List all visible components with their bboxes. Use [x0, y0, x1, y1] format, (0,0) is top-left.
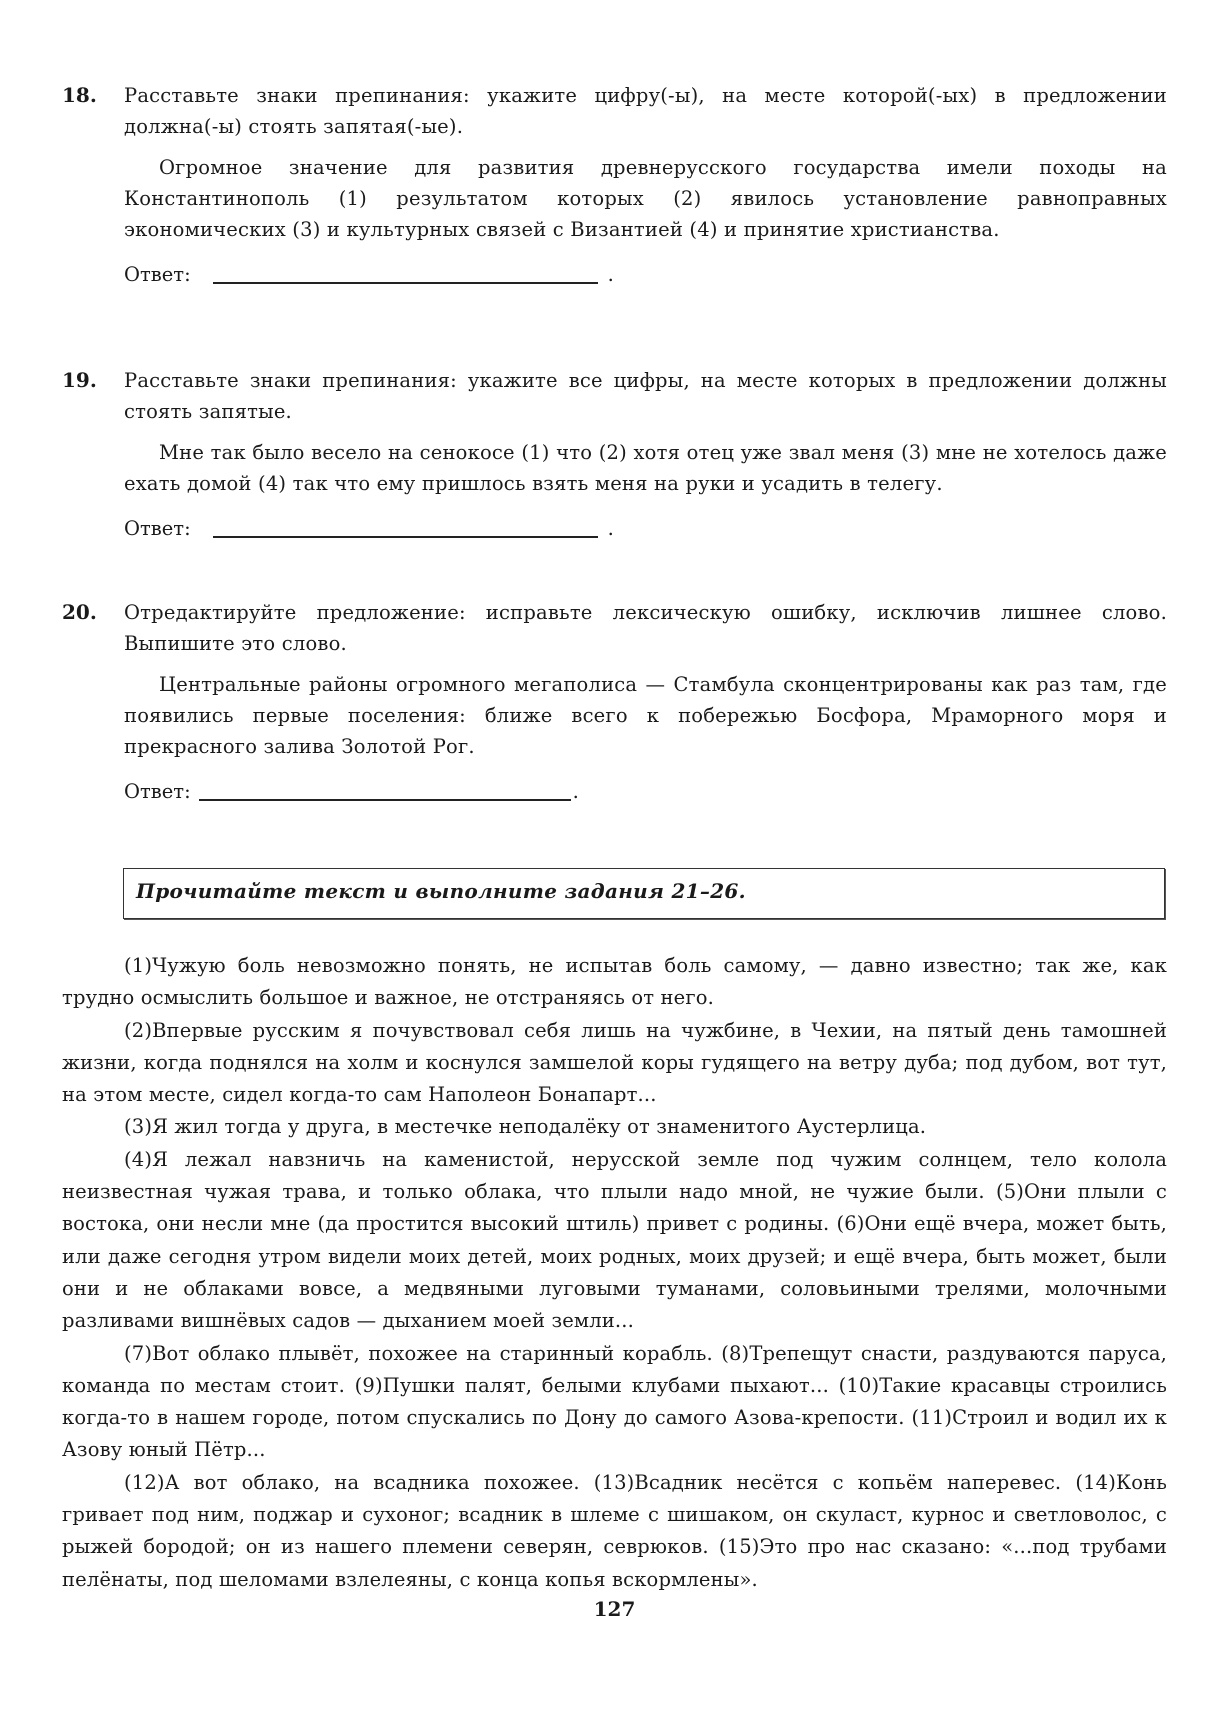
answer-field[interactable]: [213, 262, 598, 284]
answer-row: Ответ: .: [124, 776, 1167, 807]
answer-label: Ответ:: [124, 513, 191, 544]
task-sentence: Центральные районы огромного мегаполиса …: [124, 669, 1167, 762]
reading-text: (1)Чужую боль невозможно понять, не испы…: [62, 950, 1167, 1596]
task-question: Расставьте знаки препинания: укажите циф…: [124, 80, 1167, 142]
answer-label: Ответ:: [124, 259, 191, 290]
answer-label: Ответ:: [124, 776, 191, 807]
instruction-box: Прочитайте текст и выполните задания 21–…: [123, 868, 1165, 919]
task-sentence: Мне так было весело на сенокосе (1) что …: [124, 437, 1167, 499]
answer-period: .: [608, 259, 614, 290]
text-paragraph: (3)Я жил тогда у друга, в местечке непод…: [62, 1111, 1167, 1143]
instruction-text: Прочитайте текст и выполните задания 21–…: [136, 879, 746, 903]
text-paragraph: (7)Вот облако плывёт, похожее на старинн…: [62, 1338, 1167, 1467]
answer-field[interactable]: [213, 516, 598, 538]
page-number: 127: [0, 1597, 1229, 1621]
textbook-page: 18. Расставьте знаки препинания: укажите…: [0, 0, 1229, 1712]
answer-row: Ответ: .: [124, 259, 1167, 290]
answer-period: .: [573, 776, 579, 807]
text-paragraph: (1)Чужую боль невозможно понять, не испы…: [62, 950, 1167, 1015]
text-paragraph: (4)Я лежал навзничь на каменистой, нерус…: [62, 1144, 1167, 1338]
task-question: Расставьте знаки препинания: укажите все…: [124, 365, 1167, 427]
text-paragraph: (12)А вот облако, на всадника похожее. (…: [62, 1467, 1167, 1596]
task-number: 19.: [62, 365, 97, 396]
text-paragraph: (2)Впервые русским я почувствовал себя л…: [62, 1015, 1167, 1112]
answer-row: Ответ: .: [124, 513, 1167, 544]
task-sentence: Огромное значение для развития древнерус…: [124, 152, 1167, 245]
task-18: 18. Расставьте знаки препинания: укажите…: [62, 80, 1167, 290]
answer-period: .: [608, 513, 614, 544]
task-number: 18.: [62, 80, 97, 111]
task-number: 20.: [62, 597, 97, 628]
task-19: 19. Расставьте знаки препинания: укажите…: [62, 365, 1167, 544]
answer-field[interactable]: [199, 779, 571, 801]
task-20: 20. Отредактируйте предложение: исправьт…: [62, 597, 1167, 807]
task-question: Отредактируйте предложение: исправьте ле…: [124, 597, 1167, 659]
